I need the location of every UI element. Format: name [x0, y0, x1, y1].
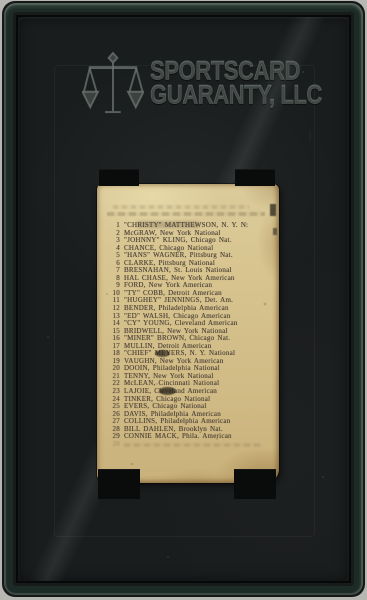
checklist-row: 3 "JOHNNY" KLING, Chicago Nat.: [107, 237, 276, 245]
checklist-row: 28 BILL DAHLEN, Brooklyn Nat.: [107, 426, 276, 434]
faded-header-line-1: [113, 205, 249, 209]
entry-text: FORD, New York American: [124, 282, 276, 290]
entry-text: McGRAW, New York National: [124, 230, 276, 238]
checklist-row: 2 McGRAW, New York National: [107, 230, 276, 238]
entry-text: [124, 443, 262, 447]
checklist-row: 10 "TY" COBB, Detroit American: [107, 290, 276, 298]
checklist-row: 11 "HUGHEY" JENNINGS, Det. Am.: [107, 297, 276, 305]
faded-header-line-2: [107, 212, 265, 216]
graded-card-photo: SPORTSCARD GUARANTY, LLC 1 "CHRISTY" MAT…: [0, 0, 367, 600]
checklist-row: 17 MULLIN, Detroit American: [107, 343, 276, 351]
entry-text: BRIDWELL, New York National: [124, 328, 276, 336]
entry-text: BENDER, Philadelphia American: [124, 305, 276, 313]
holder-tab-top-right: [235, 169, 275, 186]
entry-text: DOOIN, Philadelphia National: [124, 365, 276, 373]
entry-text: EVERS, Chicago National: [124, 403, 276, 411]
checklist: 1 "CHRISTY" MATTHEWSON, N. Y. N. 2 McGRA…: [107, 222, 276, 448]
checklist-row: 23 LAJOIE, Cleveland American: [107, 388, 276, 396]
checklist-row: 7 BRESNAHAN, St. Louis National: [107, 267, 276, 275]
entry-text: BRESNAHAN, St. Louis National: [124, 267, 276, 275]
entry-text: CONNIE MACK, Phila. American: [124, 433, 276, 441]
entry-text: CLARKE, Pittsburg National: [124, 260, 276, 268]
entry-text: CHANCE, Chicago National: [124, 245, 276, 253]
entry-text: TINKER, Chicago National: [124, 396, 276, 404]
holder-tab-bottom-left: [98, 469, 140, 499]
brand-line-2: GUARANTY, LLC: [150, 83, 322, 109]
checklist-row: 8 HAL CHASE, New York American: [107, 275, 276, 283]
checklist-row: 18 "CHIEF" MEYERS, N. Y. National: [107, 350, 276, 358]
entry-text: BILL DAHLEN, Brooklyn Nat.: [124, 426, 276, 434]
entry-text: "CY" YOUNG, Cleveland American: [124, 320, 276, 328]
checklist-row: 25 EVERS, Chicago National: [107, 403, 276, 411]
entry-text: LAJOIE, Cleveland American: [124, 388, 276, 396]
entry-text: "CHRISTY" MATTHEWSON, N. Y. N.: [124, 222, 276, 230]
checklist-row: 29 CONNIE MACK, Phila. American: [107, 433, 276, 441]
entry-text: McLEAN, Cincinnati National: [124, 380, 276, 388]
checklist-row: 13 "ED" WALSH, Chicago American: [107, 313, 276, 321]
checklist-row: 21 TENNY, New York National: [107, 373, 276, 381]
checklist-row: 9 FORD, New York American: [107, 282, 276, 290]
entry-text: VAUGHN, New York American: [124, 358, 276, 366]
entry-text: DAVIS, Philadelphia American: [124, 411, 276, 419]
entry-text: "CHIEF" MEYERS, N. Y. National: [124, 350, 276, 358]
entry-text: HAL CHASE, New York American: [124, 275, 276, 283]
sgc-logo: SPORTSCARD GUARANTY, LLC: [82, 47, 322, 121]
sgc-slab: SPORTSCARD GUARANTY, LLC 1 "CHRISTY" MAT…: [2, 1, 365, 597]
entry-text: "TY" COBB, Detroit American: [124, 290, 276, 298]
checklist-row: 1 "CHRISTY" MATTHEWSON, N. Y. N.: [107, 222, 276, 230]
checklist-row: 6 CLARKE, Pittsburg National: [107, 260, 276, 268]
entry-text: "JOHNNY" KLING, Chicago Nat.: [124, 237, 276, 245]
entry-text: COLLINS, Philadelphia American: [124, 418, 276, 426]
entry-text: MULLIN, Detroit American: [124, 343, 276, 351]
checklist-row: 20 DOOIN, Philadelphia National: [107, 365, 276, 373]
balance-scale-icon: [82, 51, 144, 117]
entry-num: 30: [107, 441, 120, 449]
ink-blot: [155, 350, 170, 357]
checklist-card: 1 "CHRISTY" MATTHEWSON, N. Y. N. 2 McGRA…: [97, 184, 279, 483]
entry-text: "ED" WALSH, Chicago American: [124, 313, 276, 321]
checklist-row: 5 "HANS" WAGNER, Pittsburg Nat.: [107, 252, 276, 260]
checklist-row: 22 McLEAN, Cincinnati National: [107, 380, 276, 388]
checklist-row: 12 BENDER, Philadelphia American: [107, 305, 276, 313]
entry-text: "HANS" WAGNER, Pittsburg Nat.: [124, 252, 276, 260]
ink-mark: [270, 204, 276, 216]
ink-blot: [159, 387, 176, 395]
checklist-row: 4 CHANCE, Chicago National: [107, 245, 276, 253]
holder-tab-bottom-right: [234, 469, 276, 499]
checklist-row: 27 COLLINS, Philadelphia American: [107, 418, 276, 426]
checklist-row: 16 "MINER" BROWN, Chicago Nat.: [107, 335, 276, 343]
checklist-row: 26 DAVIS, Philadelphia American: [107, 411, 276, 419]
entry-text: TENNY, New York National: [124, 373, 276, 381]
checklist-row: 19 VAUGHN, New York American: [107, 358, 276, 366]
brand-text: SPORTSCARD GUARANTY, LLC: [150, 60, 337, 108]
checklist-row: 30: [107, 441, 276, 449]
checklist-row: 24 TINKER, Chicago National: [107, 396, 276, 404]
checklist-row: 15 BRIDWELL, New York National: [107, 328, 276, 336]
entry-text: "MINER" BROWN, Chicago Nat.: [124, 335, 276, 343]
holder-tab-top-left: [99, 169, 139, 186]
checklist-row: 14 "CY" YOUNG, Cleveland American: [107, 320, 276, 328]
entry-text: "HUGHEY" JENNINGS, Det. Am.: [124, 297, 276, 305]
